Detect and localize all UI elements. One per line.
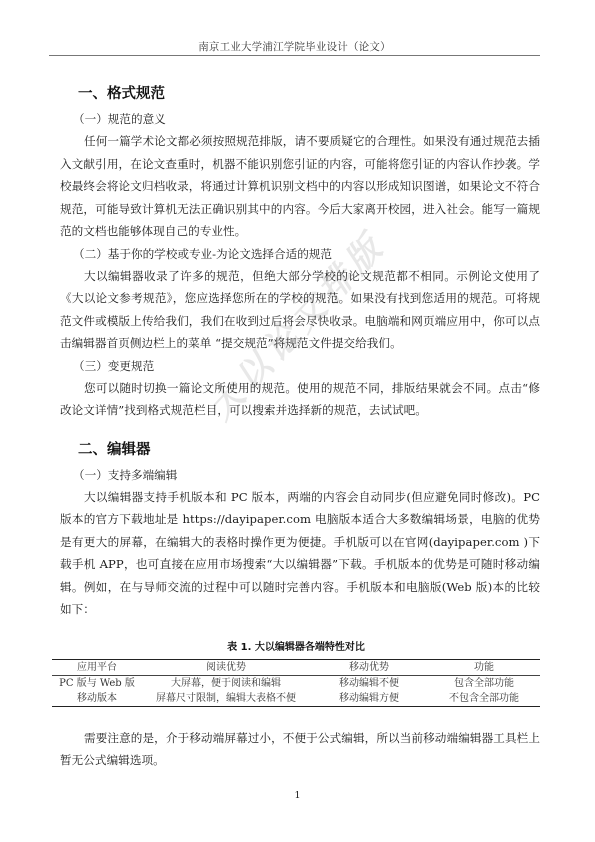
table-row: 移动版本 屏幕尺寸限制，编辑大表格不便 移动编辑方便 不包含全部功能 [52,691,540,707]
section-heading-format-spec: 一、格式规范 [60,80,540,108]
paragraph-choose-spec: 大以编辑器收录了许多的规范，但绝大部分学校的论文规范都不相同。示例论文使用了《大… [60,265,540,355]
subsection-heading-multi-platform: （一）支持多端编辑 [60,464,540,486]
paragraph-spec-meaning: 任何一篇学术论文都必须按照规范排版，请不要质疑它的合理性。如果没有通过规范去插入… [60,130,540,243]
table-cell: 大屏幕，便于阅读和编辑 [142,675,310,691]
paragraph-multi-platform: 大以编辑器支持手机版本和 PC 版本，两端的内容会自动同步(但应避免同时修改)。… [60,486,540,621]
table-header-cell: 功能 [428,659,540,675]
comparison-table: 应用平台 阅读优势 移动优势 功能 PC 版与 Web 版 大屏幕，便于阅读和编… [52,659,540,707]
subsection-heading-choose-spec: （二）基于你的学校或专业-为论文选择合适的规范 [60,243,540,265]
table-header-cell: 应用平台 [52,659,142,675]
page-header-title: 南京工业大学浦江学院毕业设计（论文） [198,41,391,53]
subsection-heading-change-spec: （三）变更规范 [60,355,540,377]
table-cell: 移动编辑不便 [310,675,428,691]
table-header-row: 应用平台 阅读优势 移动优势 功能 [52,659,540,675]
table-cell: 移动版本 [52,691,142,707]
table-row: PC 版与 Web 版 大屏幕，便于阅读和编辑 移动编辑不便 包含全部功能 [52,675,540,691]
document-body: 一、格式规范 （一）规范的意义 任何一篇学术论文都必须按照规范排版，请不要质疑它… [60,80,540,772]
table-cell: 包含全部功能 [428,675,540,691]
table-cell: 屏幕尺寸限制，编辑大表格不便 [142,691,310,707]
table-cell: PC 版与 Web 版 [52,675,142,691]
table-header-cell: 阅读优势 [142,659,310,675]
page-number: 1 [0,790,595,801]
comparison-table-block: 表 1. 大以编辑器各端特性对比 应用平台 阅读优势 移动优势 功能 PC 版与… [60,641,540,707]
paragraph-closing-note: 需要注意的是，介于移动端屏幕过小，不便于公式编辑，所以当前移动端编辑器工具栏上暂… [60,727,540,772]
table-header-cell: 移动优势 [310,659,428,675]
table-cell: 移动编辑方便 [310,691,428,707]
subsection-heading-meaning: （一）规范的意义 [60,108,540,130]
section-heading-editor: 二、编辑器 [60,436,540,464]
paragraph-change-spec: 您可以随时切换一篇论文所使用的规范。使用的规范不同，排版结果就会不同。点击“修改… [60,377,540,422]
table-cell: 不包含全部功能 [428,691,540,707]
page-header: 南京工业大学浦江学院毕业设计（论文） [49,40,540,56]
table-caption: 表 1. 大以编辑器各端特性对比 [52,641,540,659]
